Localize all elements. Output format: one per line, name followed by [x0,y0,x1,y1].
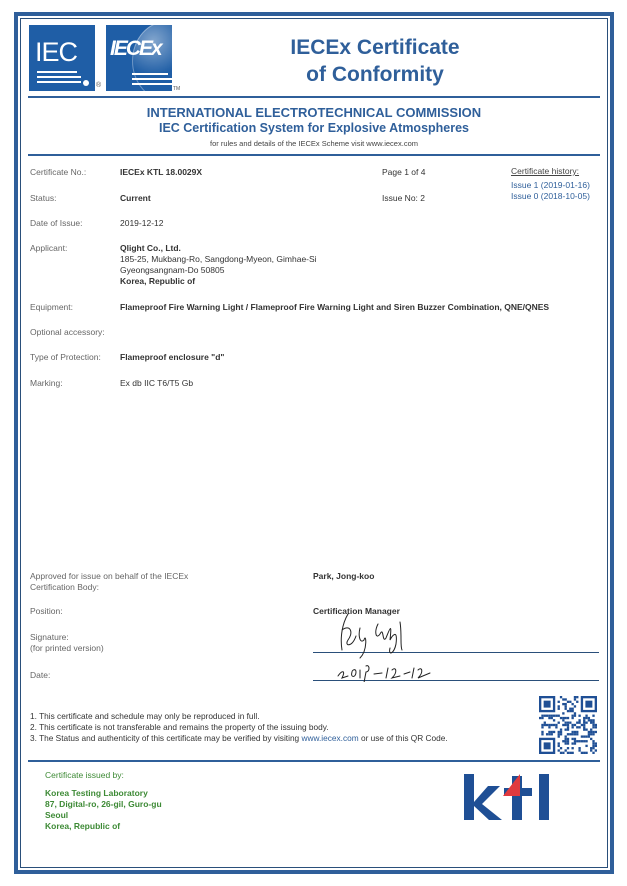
date-label: Date: [30,670,50,681]
marking-value: Ex db IIC T6/T5 Gb [120,378,193,389]
issuer-country: Korea, Republic of [45,821,162,832]
signature-label: Signature: (for printed version) [30,632,104,654]
issuer-address: 87, Digital-ro, 26-gil, Guro-gu [45,799,162,810]
certificate-number-label: Certificate No.: [30,167,86,178]
issued-by-label: Certificate issued by: [45,770,124,781]
iecex-logo-text: IECEx [110,37,161,61]
handwritten-signature [330,610,450,682]
qr-code[interactable] [538,696,598,754]
applicant-address-1: 185-25, Mukbang-Ro, Sangdong-Myeon, Gimh… [120,254,317,265]
ktl-logo [462,772,552,822]
history-issue-0[interactable]: Issue 0 (2018-10-05) [511,191,590,201]
protection-type-label: Type of Protection: [30,352,101,363]
issue-number: Issue No: 2 [382,193,425,204]
marking-label: Marking: [30,378,63,389]
position-label: Position: [30,606,63,617]
iecex-link[interactable]: www.iecex.com [301,733,358,743]
applicant-country: Korea, Republic of [120,276,317,287]
registered-mark: ® [96,82,101,89]
applicant-label: Applicant: [30,243,67,254]
protection-type-value: Flameproof enclosure "d" [120,352,224,363]
date-of-issue: 2019-12-12 [120,218,163,229]
date-of-issue-label: Date of Issue: [30,218,82,229]
organization-name: INTERNATIONAL ELECTROTECHNICAL COMMISSIO… [28,105,600,120]
scheme-note: for rules and details of the IECEx Schem… [28,139,600,148]
page-title: IECEx Certificate of Conformity [230,34,520,88]
certificate-notes: 1. This certificate and schedule may onl… [30,711,448,744]
status-value: Current [120,193,151,204]
header-divider [28,96,600,98]
iec-logo: IEC [29,25,95,91]
applicant-block: Qlight Co., Ltd. 185-25, Mukbang-Ro, San… [120,243,317,287]
history-issue-1[interactable]: Issue 1 (2019-01-16) [511,180,590,190]
page-indicator: Page 1 of 4 [382,167,425,178]
issuer-block: Korea Testing Laboratory 87, Digital-ro,… [45,788,162,832]
iec-logo-text: IEC [35,37,77,68]
trademark-mark: TM [173,86,180,92]
section-divider [28,154,600,156]
equipment-value: Flameproof Fire Warning Light / Flamepro… [120,302,549,313]
certification-system: IEC Certification System for Explosive A… [28,121,600,135]
issuer-city: Seoul [45,810,162,821]
status-label: Status: [30,193,56,204]
applicant-name: Qlight Co., Ltd. [120,243,317,254]
note-item: 1. This certificate and schedule may onl… [30,711,448,722]
footer-divider [28,760,600,762]
optional-accessory-label: Optional accessory: [30,327,105,338]
approver-name: Park, Jong-koo [313,571,374,582]
certificate-number: IECEx KTL 18.0029X [120,167,202,178]
issuer-name: Korea Testing Laboratory [45,788,162,799]
certificate-history-title[interactable]: Certificate history: [511,166,579,176]
equipment-label: Equipment: [30,302,73,313]
note-item: 2. This certificate is not transferable … [30,722,448,733]
approved-for-issue-label: Approved for issue on behalf of the IECE… [30,571,188,593]
applicant-address-2: Gyeongsangnam-Do 50805 [120,265,317,276]
note-item: 3. The Status and authenticity of this c… [30,733,448,744]
iecex-logo: IECEx [106,25,172,91]
